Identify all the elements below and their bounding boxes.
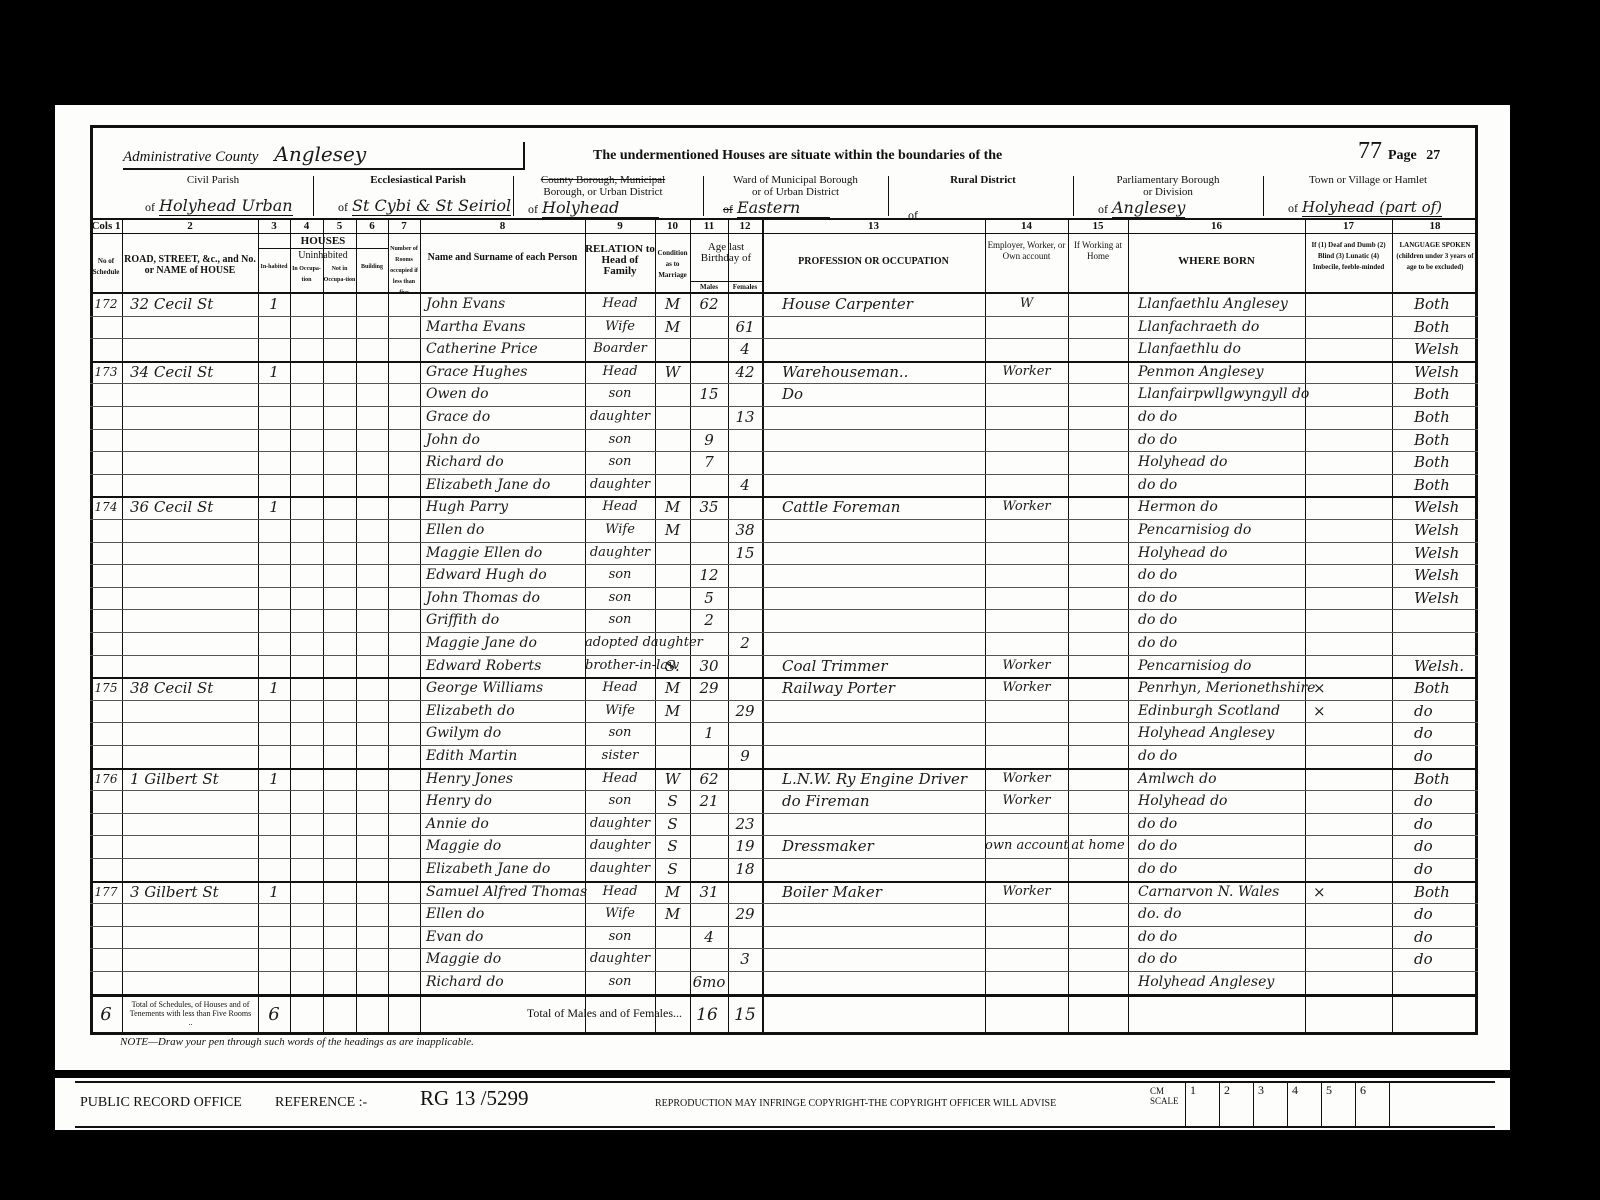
cell-relation: Head (585, 293, 655, 315)
total-schedules: 6 (90, 1004, 122, 1026)
cell-road: 38 Cecil St (122, 677, 258, 699)
cell-road (122, 429, 258, 451)
cell-schedule (90, 383, 122, 405)
cell-schedule: 174 (90, 496, 122, 518)
cell-language: Both (1392, 406, 1478, 428)
cell-occupation (762, 338, 985, 360)
office-label: PUBLIC RECORD OFFICE (80, 1095, 242, 1111)
cell-infirm (1305, 926, 1392, 948)
cell-condition: S. (655, 655, 690, 677)
header-where-born: WHERE BORN (1128, 256, 1305, 267)
cell-inhabited (258, 451, 290, 473)
cell-inhabited (258, 903, 290, 925)
reference-strip: PUBLIC RECORD OFFICE REFERENCE :- RG 13 … (55, 1078, 1510, 1130)
cell-schedule: 175 (90, 677, 122, 699)
cell-condition: W (655, 361, 690, 383)
cell-schedule: 176 (90, 768, 122, 790)
cell-schedule: 173 (90, 361, 122, 383)
cell-male-age: 21 (690, 790, 728, 812)
cell-inhabited: 1 (258, 293, 290, 315)
cell-schedule (90, 338, 122, 360)
cell-born: Llanfaethlu Anglesey (1128, 293, 1305, 315)
cell-schedule: 172 (90, 293, 122, 315)
cell-schedule (90, 406, 122, 428)
cell-language: do (1392, 790, 1478, 812)
cell-home (1068, 881, 1128, 903)
cell-occupation (762, 948, 985, 970)
cell-born: do do (1128, 406, 1305, 428)
cell-inhabited: 1 (258, 361, 290, 383)
cell-born: Carnarvon N. Wales (1128, 881, 1305, 903)
county-borough-value: Holyhead (542, 198, 659, 218)
cell-employer (985, 745, 1068, 767)
cell-female-age (728, 383, 762, 405)
cell-inhabited (258, 542, 290, 564)
cell-relation: Wife (585, 903, 655, 925)
county-borough-field: of Holyhead (528, 198, 659, 218)
cell-schedule (90, 813, 122, 835)
divider (703, 176, 704, 216)
county-borough: County Borough, Municipal Borough, or Ur… (518, 174, 688, 198)
cell-name: George Williams (420, 677, 585, 699)
column-number: 17 (1305, 220, 1392, 232)
cell-home (1068, 429, 1128, 451)
of-label: of (1098, 202, 1108, 216)
total-houses: 6 (258, 1004, 290, 1026)
cell-occupation (762, 451, 985, 473)
page-label: Page 27 (1388, 148, 1440, 164)
ward-value: Eastern (737, 198, 830, 218)
cell-occupation: Do (762, 383, 985, 405)
cell-female-age: 42 (728, 361, 762, 383)
cell-home (1068, 474, 1128, 496)
cell-language: Welsh (1392, 519, 1478, 541)
cell-employer (985, 429, 1068, 451)
column-divider (290, 220, 291, 1034)
cell-name: Griffith do (420, 609, 585, 631)
cell-language: Welsh (1392, 496, 1478, 518)
cell-relation: son (585, 722, 655, 744)
cell-name: Catherine Price (420, 338, 585, 360)
cell-infirm (1305, 587, 1392, 609)
cell-road (122, 383, 258, 405)
cell-inhabited (258, 790, 290, 812)
cell-language: Both (1392, 474, 1478, 496)
cell-male-age: 62 (690, 768, 728, 790)
cell-female-age (728, 451, 762, 473)
cell-occupation (762, 316, 985, 338)
cell-schedule (90, 790, 122, 812)
cell-born: do do (1128, 813, 1305, 835)
cell-male-age: 1 (690, 722, 728, 744)
divider (75, 1126, 1495, 1128)
cell-road (122, 338, 258, 360)
cell-inhabited (258, 316, 290, 338)
rural-district: Rural District (893, 174, 1073, 186)
of-label: of (723, 202, 733, 216)
cell-language: do (1392, 700, 1478, 722)
cell-relation: sister (585, 745, 655, 767)
cell-schedule (90, 519, 122, 541)
cell-language: Both (1392, 316, 1478, 338)
cell-schedule (90, 745, 122, 767)
cell-condition (655, 474, 690, 496)
cell-home (1068, 519, 1128, 541)
cell-name: Ellen do (420, 903, 585, 925)
cell-schedule (90, 858, 122, 880)
cell-female-age: 2 (728, 632, 762, 654)
cell-relation: son (585, 790, 655, 812)
cell-language (1392, 971, 1478, 993)
cell-condition: M (655, 316, 690, 338)
cell-inhabited (258, 745, 290, 767)
cell-relation: son (585, 383, 655, 405)
cell-male-age: 29 (690, 677, 728, 699)
cell-born: do. do (1128, 903, 1305, 925)
cell-infirm (1305, 293, 1392, 315)
cell-relation: son (585, 971, 655, 993)
of-label: of (338, 200, 348, 214)
cell-relation: Head (585, 677, 655, 699)
cell-schedule (90, 316, 122, 338)
cell-born: do do (1128, 632, 1305, 654)
column-number: 2 (122, 220, 258, 232)
cell-female-age: 18 (728, 858, 762, 880)
header-road: ROAD, STREET, &c., and No. or NAME of HO… (122, 254, 258, 276)
scale-mark: 2 (1219, 1083, 1253, 1126)
ward-label-2: or of Urban District (708, 186, 883, 198)
cell-employer (985, 316, 1068, 338)
column-number: 18 (1392, 220, 1478, 232)
cell-home (1068, 293, 1128, 315)
cell-infirm (1305, 564, 1392, 586)
cell-schedule (90, 474, 122, 496)
cell-female-age: 29 (728, 700, 762, 722)
cell-occupation (762, 542, 985, 564)
cell-born: Holyhead do (1128, 451, 1305, 473)
cell-language: do (1392, 835, 1478, 857)
cell-name: Elizabeth Jane do (420, 474, 585, 496)
cell-inhabited (258, 948, 290, 970)
cell-infirm (1305, 496, 1392, 518)
reference-label: REFERENCE :- (275, 1095, 367, 1111)
cell-male-age (690, 542, 728, 564)
cell-road (122, 790, 258, 812)
cell-male-age (690, 948, 728, 970)
cell-infirm (1305, 542, 1392, 564)
cell-road (122, 609, 258, 631)
divider (1389, 1083, 1390, 1126)
cell-employer: Worker (985, 677, 1068, 699)
cell-born: Holyhead Anglesey (1128, 722, 1305, 744)
column-divider (323, 220, 324, 1034)
cell-male-age (690, 745, 728, 767)
header-occupation: PROFESSION OR OCCUPATION (762, 256, 985, 267)
cell-inhabited (258, 971, 290, 993)
cell-language (1392, 609, 1478, 631)
cell-female-age (728, 564, 762, 586)
cell-infirm (1305, 406, 1392, 428)
cell-relation: daughter (585, 813, 655, 835)
cell-name: Maggie Jane do (420, 632, 585, 654)
cell-inhabited (258, 813, 290, 835)
column-number: 10 (655, 220, 690, 232)
cell-inhabited: 1 (258, 881, 290, 903)
column-number: 3 (258, 220, 290, 232)
cell-employer: Worker (985, 496, 1068, 518)
cell-relation: Head (585, 496, 655, 518)
cell-occupation (762, 587, 985, 609)
cell-born: Llanfachraeth do (1128, 316, 1305, 338)
cell-schedule (90, 451, 122, 473)
cell-inhabited (258, 564, 290, 586)
cell-employer (985, 406, 1068, 428)
cell-employer: W (985, 293, 1068, 315)
cell-infirm (1305, 745, 1392, 767)
cell-occupation (762, 519, 985, 541)
column-divider (388, 220, 389, 1034)
cell-inhabited: 1 (258, 496, 290, 518)
cell-inhabited (258, 632, 290, 654)
cell-home (1068, 496, 1128, 518)
cell-male-age (690, 903, 728, 925)
cell-home (1068, 451, 1128, 473)
cell-inhabited (258, 926, 290, 948)
cell-infirm (1305, 361, 1392, 383)
cell-relation: daughter (585, 835, 655, 857)
column-number: 9 (585, 220, 655, 232)
cell-employer (985, 451, 1068, 473)
cell-occupation: Warehouseman.. (762, 361, 985, 383)
cell-name: Maggie do (420, 835, 585, 857)
cell-language: Both (1392, 429, 1478, 451)
cell-born: Penrhyn, Merionethshire (1128, 677, 1305, 699)
cell-road (122, 587, 258, 609)
column-number: 11 (690, 220, 728, 232)
cell-language: Welsh (1392, 564, 1478, 586)
cell-employer (985, 926, 1068, 948)
cell-employer (985, 383, 1068, 405)
cell-name: Ellen do (420, 519, 585, 541)
cell-infirm (1305, 609, 1392, 631)
cell-name: John Thomas do (420, 587, 585, 609)
cell-home: at home (1068, 835, 1128, 857)
cell-inhabited: 1 (258, 677, 290, 699)
cell-road (122, 858, 258, 880)
cell-home (1068, 316, 1128, 338)
admin-county-label: Administrative County (123, 149, 258, 165)
cell-schedule (90, 564, 122, 586)
cell-occupation (762, 971, 985, 993)
cell-born: Edinburgh Scotland (1128, 700, 1305, 722)
cell-employer (985, 609, 1068, 631)
cell-female-age: 23 (728, 813, 762, 835)
cell-relation: son (585, 609, 655, 631)
cell-employer (985, 338, 1068, 360)
cell-inhabited (258, 700, 290, 722)
cell-employer: Worker (985, 790, 1068, 812)
town-field: of Holyhead (part of) (1288, 198, 1442, 217)
header-age: Age last Birthday of (690, 242, 762, 264)
cell-female-age (728, 881, 762, 903)
cell-female-age (728, 768, 762, 790)
reference-number: RG 13 /5299 (420, 1086, 529, 1111)
cell-inhabited (258, 835, 290, 857)
header-condition: Condition as to Marriage (655, 248, 690, 281)
cell-language: do (1392, 722, 1478, 744)
cell-road (122, 722, 258, 744)
cell-schedule (90, 700, 122, 722)
parliamentary-label: Parliamentary Borough (1078, 174, 1258, 186)
scale-mark: 1 (1185, 1083, 1219, 1126)
ecclesiastical-parish-field: of St Cybi & St Seiriol (338, 196, 511, 216)
note: NOTE—Draw your pen through such words of… (120, 1036, 474, 1048)
cell-employer: Worker (985, 361, 1068, 383)
column-number: 15 (1068, 220, 1128, 232)
cell-condition (655, 406, 690, 428)
column-number: 5 (323, 220, 356, 232)
cell-occupation (762, 903, 985, 925)
cell-female-age (728, 677, 762, 699)
divider (313, 176, 314, 216)
cell-condition (655, 542, 690, 564)
header-relation: RELATION to Head of Family (585, 244, 655, 277)
county-borough-label: County Borough, Municipal (518, 174, 688, 186)
cell-employer (985, 587, 1068, 609)
cell-condition: M (655, 903, 690, 925)
cell-male-age (690, 474, 728, 496)
cell-name: Evan do (420, 926, 585, 948)
cell-road (122, 700, 258, 722)
cell-road (122, 542, 258, 564)
cell-name: Henry do (420, 790, 585, 812)
column-number: 6 (356, 220, 388, 232)
copyright-notice: REPRODUCTION MAY INFRINGE COPYRIGHT-THE … (655, 1098, 1056, 1109)
cell-name: Samuel Alfred Thomas (420, 881, 585, 903)
cell-schedule (90, 587, 122, 609)
cell-infirm (1305, 971, 1392, 993)
cell-infirm (1305, 948, 1392, 970)
cell-name: Maggie do (420, 948, 585, 970)
cell-male-age (690, 519, 728, 541)
cell-condition: S (655, 835, 690, 857)
cell-male-age: 15 (690, 383, 728, 405)
cell-occupation (762, 700, 985, 722)
cell-name: Gwilym do (420, 722, 585, 744)
cell-language: do (1392, 813, 1478, 835)
cell-condition (655, 451, 690, 473)
cell-home (1068, 655, 1128, 677)
divider (90, 233, 1478, 234)
cell-name: John Evans (420, 293, 585, 315)
column-divider (356, 220, 357, 1034)
cell-language: do (1392, 903, 1478, 925)
cell-employer (985, 858, 1068, 880)
cell-condition (655, 971, 690, 993)
cell-female-age (728, 429, 762, 451)
cell-male-age: 7 (690, 451, 728, 473)
cell-born: do do (1128, 835, 1305, 857)
cell-employer (985, 519, 1068, 541)
cell-inhabited (258, 429, 290, 451)
cell-name: Elizabeth do (420, 700, 585, 722)
cell-condition (655, 429, 690, 451)
divider (1263, 176, 1264, 216)
divider (690, 281, 762, 282)
of-label: of (528, 202, 538, 216)
cell-language: Welsh (1392, 361, 1478, 383)
cell-born: do do (1128, 948, 1305, 970)
cell-home (1068, 745, 1128, 767)
cell-home (1068, 926, 1128, 948)
cell-inhabited (258, 519, 290, 541)
cell-road (122, 835, 258, 857)
cell-home (1068, 948, 1128, 970)
cell-born: Amlwch do (1128, 768, 1305, 790)
cell-employer (985, 632, 1068, 654)
divider (1073, 176, 1074, 216)
cell-relation: Boarder (585, 338, 655, 360)
rural-district-label: Rural District (893, 174, 1073, 186)
header-employer: Employer, Worker, or Own account (985, 240, 1068, 262)
parliamentary-value: Anglesey (1112, 198, 1185, 218)
county-borough-label-2: Borough, or Urban District (518, 186, 688, 198)
cell-relation: son (585, 451, 655, 473)
scale-mark: 5 (1321, 1083, 1355, 1126)
cell-infirm (1305, 722, 1392, 744)
cell-male-age (690, 361, 728, 383)
cell-home (1068, 971, 1128, 993)
cell-male-age: 62 (690, 293, 728, 315)
page-label-text: Page (1388, 148, 1417, 163)
ecclesiastical-parish-value: St Cybi & St Seiriol (352, 196, 511, 216)
cell-inhabited (258, 406, 290, 428)
cell-road: 36 Cecil St (122, 496, 258, 518)
cell-relation: daughter (585, 542, 655, 564)
cell-male-age: 35 (690, 496, 728, 518)
cell-occupation: Railway Porter (762, 677, 985, 699)
cell-male-age: 9 (690, 429, 728, 451)
cell-home (1068, 587, 1128, 609)
divider (513, 176, 514, 216)
cell-occupation (762, 406, 985, 428)
cell-female-age: 13 (728, 406, 762, 428)
cell-road: 1 Gilbert St (122, 768, 258, 790)
cell-employer (985, 948, 1068, 970)
cell-language: Both (1392, 451, 1478, 473)
header-language: LANGUAGE SPOKEN (children under 3 years … (1392, 240, 1478, 273)
cell-employer: Worker (985, 768, 1068, 790)
cell-occupation: Boiler Maker (762, 881, 985, 903)
cell-infirm: × (1305, 677, 1392, 699)
cell-female-age: 4 (728, 338, 762, 360)
header-name: Name and Surname of each Person (420, 252, 585, 263)
cell-language: do (1392, 858, 1478, 880)
cell-male-age: 5 (690, 587, 728, 609)
cell-female-age: 4 (728, 474, 762, 496)
cell-male-age (690, 835, 728, 857)
cell-road (122, 971, 258, 993)
cell-relation: Head (585, 881, 655, 903)
cell-inhabited (258, 338, 290, 360)
cell-condition (655, 926, 690, 948)
header-in-occupation: In Occupa-tion (290, 264, 323, 286)
cell-language: Both (1392, 677, 1478, 699)
cell-male-age (690, 632, 728, 654)
cell-infirm (1305, 474, 1392, 496)
cell-road (122, 948, 258, 970)
cell-home (1068, 790, 1128, 812)
